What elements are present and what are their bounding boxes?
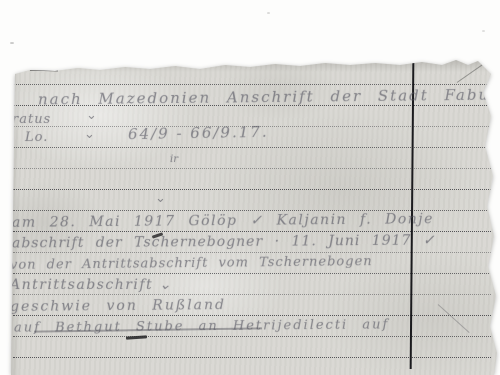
ruled-line	[13, 84, 491, 85]
ruled-line	[13, 315, 491, 316]
stray-pencil-stroke	[438, 304, 470, 333]
handwriting-line: Lo.	[25, 130, 48, 145]
handwriting-line: ratus	[12, 112, 51, 127]
scanner-speck	[10, 42, 14, 44]
handwriting-mark: ir	[170, 154, 178, 165]
handwriting-line: am 28. Mai 1917 Gölöp ✓ Kaljanin f. Donj…	[12, 211, 434, 231]
ruled-line	[13, 252, 491, 253]
scan-background: nach Mazedonien Anschrift der Stadt Fabu…	[0, 0, 500, 375]
scanner-speck	[482, 30, 485, 32]
handwriting-numbers: 64/9 - 66/9.17.	[128, 123, 269, 143]
handwriting-line: von der Antrittsabschrift vom Tschernebo…	[10, 254, 373, 273]
ruled-line	[13, 357, 491, 358]
ruled-line	[13, 294, 491, 295]
check-mark: ⌄	[86, 108, 97, 123]
handwriting-line: auf Bethgut Stube an Hetrijedilecti auf	[14, 317, 389, 335]
ink-smudge	[126, 335, 147, 339]
paper-surface: nach Mazedonien Anschrift der Stadt Fabu…	[10, 58, 500, 375]
paper-sheet: nach Mazedonien Anschrift der Stadt Fabu…	[10, 58, 500, 375]
check-mark: ⌄	[155, 191, 166, 206]
scanner-speck	[267, 12, 270, 14]
handwriting-line: geschwie von Rußland	[10, 297, 226, 315]
ruled-line	[13, 168, 491, 169]
handwriting-line: abschrift der Tschernebogner · 11. Juni …	[12, 233, 436, 252]
torn-edge-shadow	[10, 60, 500, 74]
ruled-line	[13, 336, 491, 337]
check-mark: ⌄	[84, 127, 95, 142]
ruled-line	[13, 147, 491, 148]
ruled-line	[13, 189, 491, 190]
ruled-line	[13, 273, 491, 274]
handwriting-line: Antrittsabschrift ⌄	[10, 277, 172, 293]
